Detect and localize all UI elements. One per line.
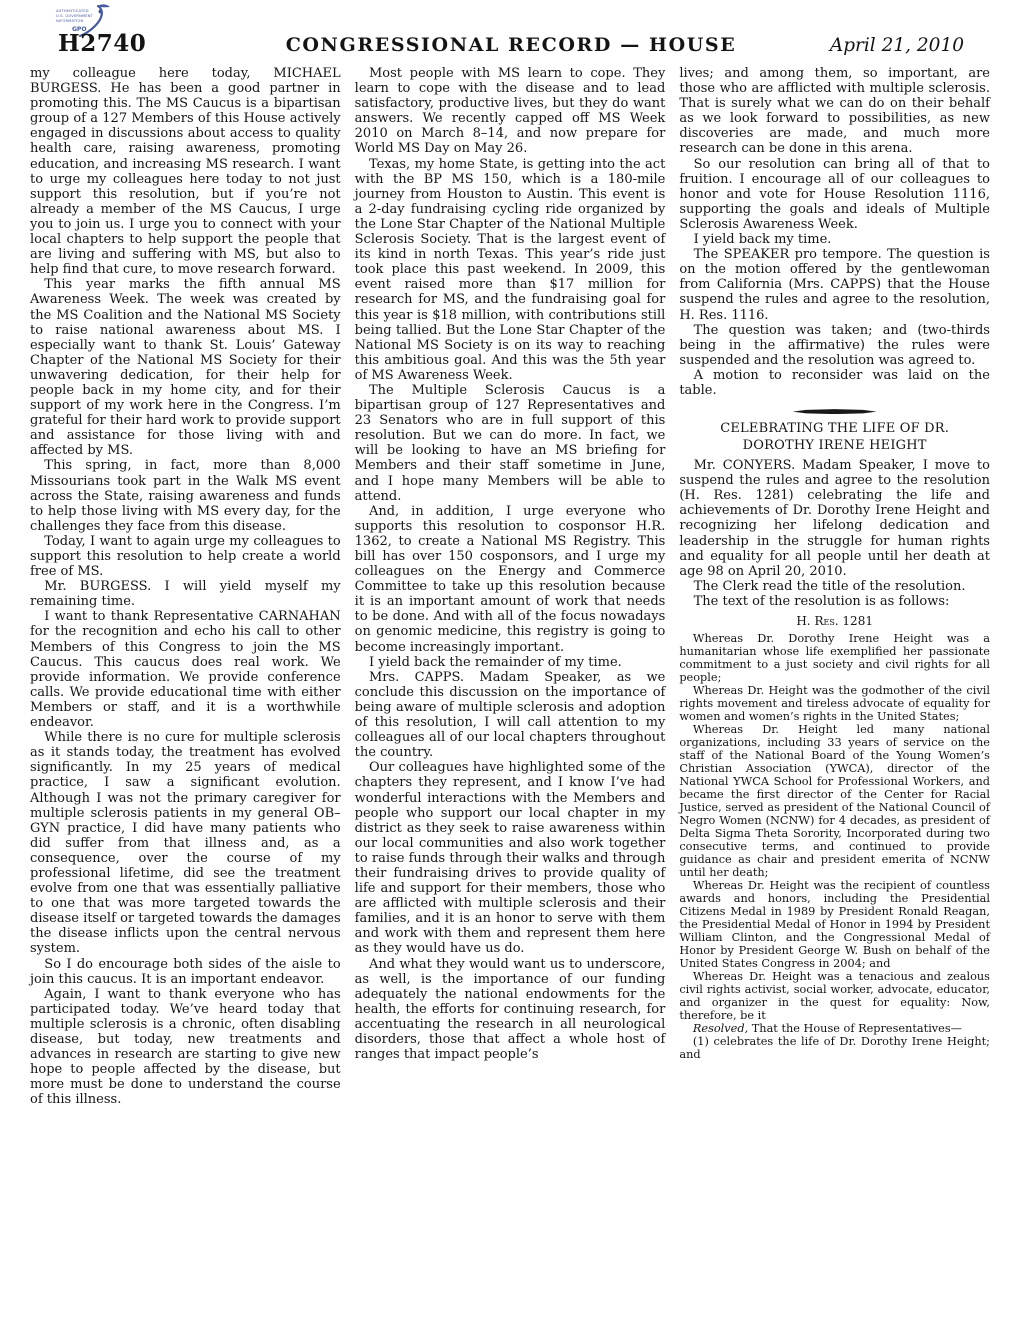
paragraph: The Clerk read the title of the resoluti…: [679, 579, 990, 594]
paragraph: Texas, my home State, is getting into th…: [355, 157, 666, 383]
paragraph: Whereas Dr. Height was a tenacious and z…: [679, 970, 990, 1022]
paragraph: Today, I want to again urge my colleague…: [30, 534, 341, 579]
page-header: H2740 CONGRESSIONAL RECORD — HOUSE April…: [0, 30, 1020, 57]
congressional-record-page: AUTHENTICATED U.S. GOVERNMENT INFORMATIO…: [0, 0, 1020, 1320]
text-columns: my colleague here today, MICHAEL BURGESS…: [0, 66, 1020, 1107]
seal-text-line2: U.S. GOVERNMENT: [56, 14, 94, 18]
paragraph: Whereas Dr. Dorothy Irene Height was a h…: [679, 632, 990, 684]
paragraph: The Multiple Sclerosis Caucus is a bipar…: [355, 383, 666, 504]
paragraph: And, in addition, I urge everyone who su…: [355, 504, 666, 655]
paragraph: This spring, in fact, more than 8,000 Mi…: [30, 458, 341, 533]
seal-figure-head: [99, 10, 103, 14]
paragraph: (1) celebrates the life of Dr. Dorothy I…: [679, 1035, 990, 1061]
paragraph: Our colleagues have highlighted some of …: [355, 760, 666, 956]
paragraph: Mr. BURGESS. I will yield myself my rema…: [30, 579, 341, 609]
paragraph: And what they would want us to underscor…: [355, 957, 666, 1063]
column-2: Most people with MS learn to cope. They …: [355, 66, 666, 1107]
paragraph: Mr. CONYERS. Madam Speaker, I move to su…: [679, 458, 990, 579]
section-heading: CELEBRATING THE LIFE OF DR. DOROTHY IREN…: [695, 421, 974, 454]
section-divider: [793, 409, 877, 414]
publication-title: CONGRESSIONAL RECORD — HOUSE: [286, 34, 737, 56]
paragraph: Whereas Dr. Height was the godmother of …: [679, 684, 990, 723]
paragraph: Whereas Dr. Height was the recipient of …: [679, 879, 990, 970]
seal-text-line1: AUTHENTICATED: [56, 9, 89, 13]
paragraph: my colleague here today, MICHAEL BURGESS…: [30, 66, 341, 277]
seal-text-line3: INFORMATION: [56, 19, 84, 23]
paragraph: The text of the resolution is as follows…: [679, 594, 990, 609]
paragraph: Most people with MS learn to cope. They …: [355, 66, 666, 157]
paragraph: This year marks the fifth annual MS Awar…: [30, 277, 341, 458]
paragraph: So our resolution can bring all of that …: [679, 157, 990, 232]
column-1: my colleague here today, MICHAEL BURGESS…: [30, 66, 341, 1107]
page-number: H2740: [58, 30, 286, 57]
paragraph: So I do encourage both sides of the aisl…: [30, 957, 341, 987]
paragraph: Whereas Dr. Height led many national org…: [679, 723, 990, 879]
paragraph: lives; and among them, so important, are…: [679, 66, 990, 157]
issue-date: April 21, 2010: [736, 35, 964, 56]
paragraph: A motion to reconsider was laid on the t…: [679, 368, 990, 398]
paragraph: The question was taken; and (two-thirds …: [679, 323, 990, 368]
paragraph: Again, I want to thank everyone who has …: [30, 987, 341, 1108]
paragraph: Mrs. CAPPS. Madam Speaker, as we conclud…: [355, 670, 666, 761]
paragraph: I yield back my time.: [679, 232, 990, 247]
paragraph: The SPEAKER pro tempore. The question is…: [679, 247, 990, 322]
paragraph: I yield back the remainder of my time.: [355, 655, 666, 670]
paragraph: While there is no cure for multiple scle…: [30, 730, 341, 956]
column-3: lives; and among them, so important, are…: [679, 66, 990, 1107]
paragraph: I want to thank Representative CARNAHAN …: [30, 609, 341, 730]
resolution-number: H. Res. 1281: [679, 614, 990, 629]
paragraph: Resolved, That the House of Representati…: [679, 1022, 990, 1035]
